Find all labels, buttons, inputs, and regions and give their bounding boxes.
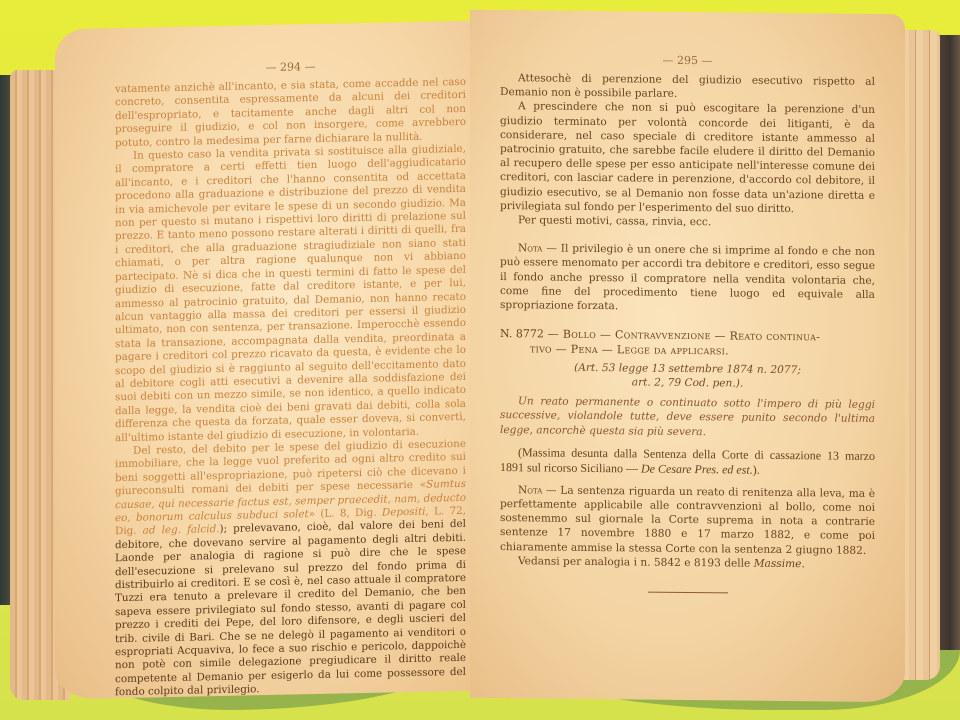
page-number: — 295 — <box>500 52 875 69</box>
left-page: — 294 — vatamente anzichè all'incanto, e… <box>55 21 480 700</box>
note: Nota — Il privilegio è un onere che si i… <box>500 241 875 316</box>
entry-number: N. 8772 <box>500 327 544 340</box>
entry-citation: (Art. 53 legge 13 settembre 1874 n. 2077… <box>500 360 875 392</box>
right-page: — 295 — Attesochè di perenzione del giud… <box>470 10 905 703</box>
paragraph: A prescindere che non si può escogitare … <box>500 99 875 217</box>
paragraph: vatamente anzichè all'incanto, e sia sta… <box>115 76 466 150</box>
note: Nota — La sentenza riguarda un reato di … <box>500 483 875 558</box>
maxim: Un reato permanente o continuato sotto l… <box>500 394 875 441</box>
paragraph: Del resto, del debito per le spese del g… <box>115 438 466 700</box>
paragraph: Attesochè di perenzione del giudizio ese… <box>500 71 875 103</box>
source: (Massima desunta dalla Sentenza della Co… <box>500 445 875 479</box>
end-rule <box>648 592 728 594</box>
entry-heading: N. 8772 — Bollo — Contravvenzione — Reat… <box>500 326 875 360</box>
paragraph: In questo caso la vendita privata si sos… <box>115 143 466 445</box>
page-number: — 294 — <box>115 57 466 77</box>
